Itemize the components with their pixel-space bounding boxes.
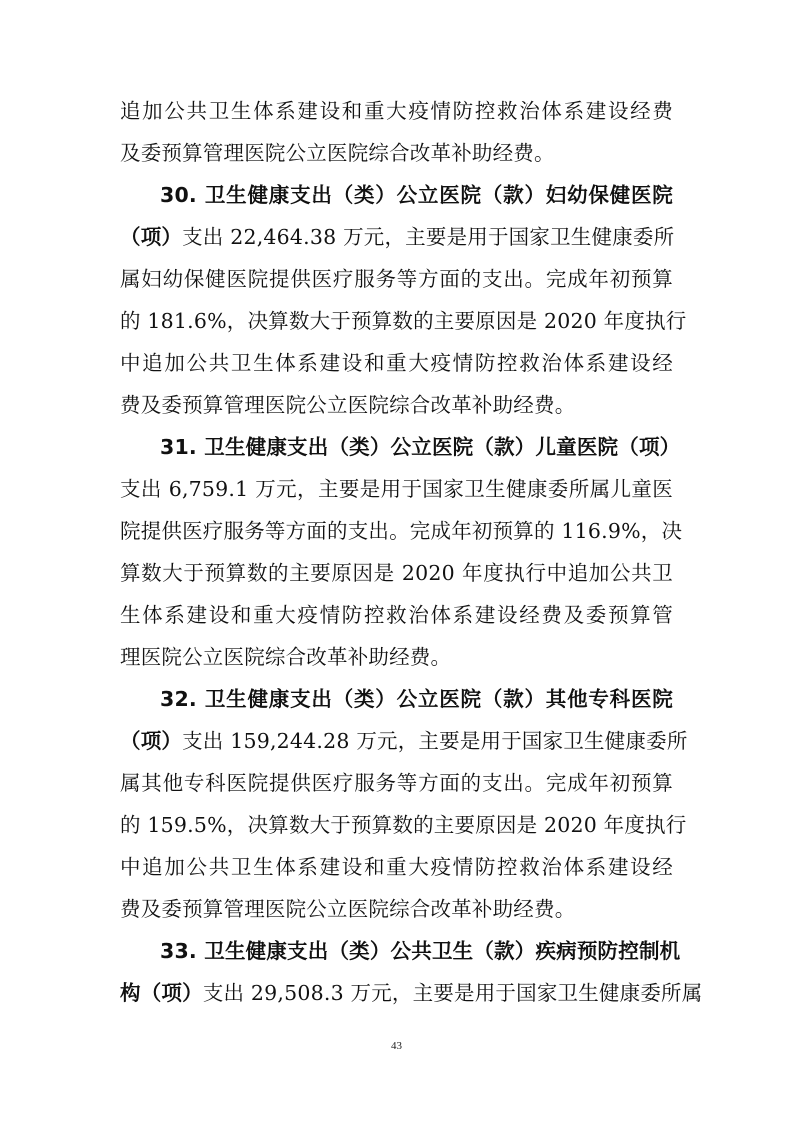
heading-text: 32. 卫生健康支出（类）公立医院（款）其他专科医院 <box>160 687 673 711</box>
document-page: 追加公共卫生体系建设和重大疫情防控救治体系建设经费 及委预算管理医院公立医院综合… <box>0 0 793 1122</box>
line-text: 支出 159,244.28 万元，主要是用于国家卫生健康委所 <box>182 729 687 753</box>
paragraph-line: 费及委预算管理医院公立医院综合改革补助经费。 <box>120 888 673 930</box>
paragraph-line: 中追加公共卫生体系建设和重大疫情防控救治体系建设经 <box>120 846 673 888</box>
heading-text: 构（项） <box>120 981 203 1005</box>
paragraph-line: 构（项）支出 29,508.3 万元，主要是用于国家卫生健康委所属 <box>120 972 673 1014</box>
line-text: 及委预算管理医院公立医院综合改革补助经费。 <box>120 141 555 165</box>
line-text: 中追加公共卫生体系建设和重大疫情防控救治体系建设经 <box>120 855 673 879</box>
line-text: 支出 29,508.3 万元，主要是用于国家卫生健康委所属 <box>203 981 703 1005</box>
page-number: 43 <box>0 1040 793 1052</box>
paragraph-line: 院提供医疗服务等方面的支出。完成年初预算的 116.9%，决 <box>120 510 673 552</box>
line-text: 中追加公共卫生体系建设和重大疫情防控救治体系建设经 <box>120 351 673 375</box>
paragraph-line: 费及委预算管理医院公立医院综合改革补助经费。 <box>120 384 673 426</box>
line-text: 属其他专科医院提供医疗服务等方面的支出。完成年初预算 <box>120 771 673 795</box>
paragraph-line: 及委预算管理医院公立医院综合改革补助经费。 <box>120 132 673 174</box>
section-heading-30: 30. 卫生健康支出（类）公立医院（款）妇幼保健医院 <box>160 174 673 216</box>
paragraph-line: 生体系建设和重大疫情防控救治体系建设经费及委预算管 <box>120 594 673 636</box>
line-text: 费及委预算管理医院公立医院综合改革补助经费。 <box>120 897 575 921</box>
paragraph-line: 属妇幼保健医院提供医疗服务等方面的支出。完成年初预算 <box>120 258 673 300</box>
line-text: 的 159.5%，决算数大于预算数的主要原因是 2020 年度执行 <box>120 813 687 837</box>
section-heading-32: 32. 卫生健康支出（类）公立医院（款）其他专科医院 <box>160 678 673 720</box>
paragraph-line: 的 181.6%，决算数大于预算数的主要原因是 2020 年度执行 <box>120 300 673 342</box>
section-heading-31: 31. 卫生健康支出（类）公立医院（款）儿童医院（项） <box>160 426 673 468</box>
line-text: 算数大于预算数的主要原因是 2020 年度执行中追加公共卫 <box>120 561 673 585</box>
paragraph-line: 追加公共卫生体系建设和重大疫情防控救治体系建设经费 <box>120 90 673 132</box>
paragraph-line: 中追加公共卫生体系建设和重大疫情防控救治体系建设经 <box>120 342 673 384</box>
paragraph-line: 理医院公立医院综合改革补助经费。 <box>120 636 673 678</box>
paragraph-line: 支出 6,759.1 万元，主要是用于国家卫生健康委所属儿童医 <box>120 468 673 510</box>
paragraph-line: 的 159.5%，决算数大于预算数的主要原因是 2020 年度执行 <box>120 804 673 846</box>
line-text: 支出 6,759.1 万元，主要是用于国家卫生健康委所属儿童医 <box>120 477 673 501</box>
line-text: 支出 22,464.38 万元，主要是用于国家卫生健康委所 <box>182 225 674 249</box>
line-text: 的 181.6%，决算数大于预算数的主要原因是 2020 年度执行 <box>120 309 687 333</box>
line-text: 追加公共卫生体系建设和重大疫情防控救治体系建设经费 <box>120 99 673 123</box>
paragraph-line: （项）支出 22,464.38 万元，主要是用于国家卫生健康委所 <box>120 216 673 258</box>
heading-text: （项） <box>120 729 182 753</box>
paragraph-line: 属其他专科医院提供医疗服务等方面的支出。完成年初预算 <box>120 762 673 804</box>
heading-text: 31. 卫生健康支出（类）公立医院（款）儿童医院（项） <box>160 435 680 459</box>
paragraph-line: 算数大于预算数的主要原因是 2020 年度执行中追加公共卫 <box>120 552 673 594</box>
line-text: 费及委预算管理医院公立医院综合改革补助经费。 <box>120 393 575 417</box>
line-text: 生体系建设和重大疫情防控救治体系建设经费及委预算管 <box>120 603 673 627</box>
line-text: 院提供医疗服务等方面的支出。完成年初预算的 116.9%，决 <box>120 519 682 543</box>
section-heading-33: 33. 卫生健康支出（类）公共卫生（款）疾病预防控制机 <box>160 930 673 972</box>
heading-text: 30. 卫生健康支出（类）公立医院（款）妇幼保健医院 <box>160 183 673 207</box>
line-text: 理医院公立医院综合改革补助经费。 <box>120 645 451 669</box>
paragraph-line: （项）支出 159,244.28 万元，主要是用于国家卫生健康委所 <box>120 720 673 762</box>
heading-text: （项） <box>120 225 182 249</box>
line-text: 属妇幼保健医院提供医疗服务等方面的支出。完成年初预算 <box>120 267 673 291</box>
heading-text: 33. 卫生健康支出（类）公共卫生（款）疾病预防控制机 <box>160 939 680 963</box>
